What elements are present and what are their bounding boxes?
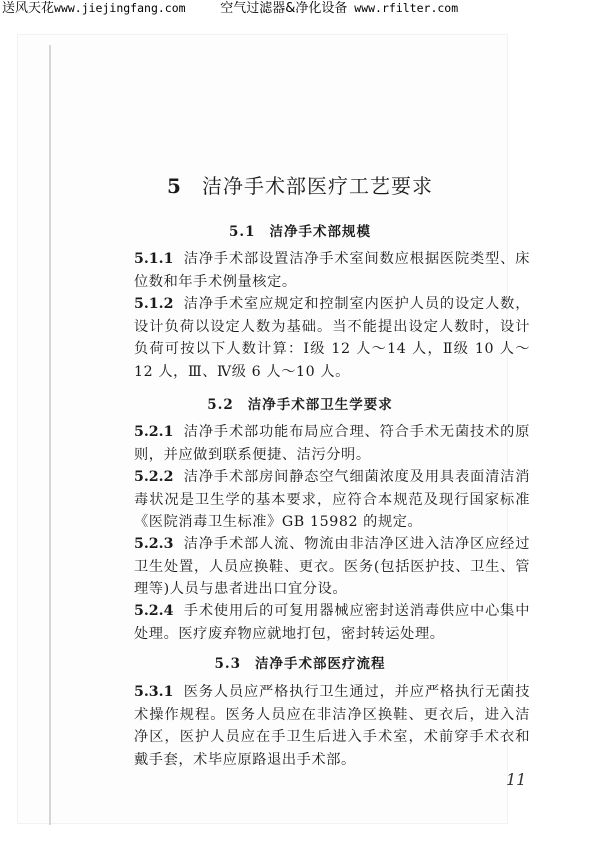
- section-title-text: 洁净手术部医疗流程: [255, 656, 386, 672]
- chapter-number: 5: [167, 174, 182, 198]
- clause-text: 手术使用后的可复用器械应密封送消毒供应中心集中处理。医疗废弃物应就地打包，密封转…: [134, 603, 530, 642]
- clause-number: 5.2.2: [134, 469, 174, 485]
- page-number: 11: [506, 770, 526, 789]
- clause-paragraph: 5.2.2洁净手术部房间静态空气细菌浓度及用具表面清洁消毒状况是卫生学的基本要求…: [134, 466, 530, 534]
- chapter-title-text: 洁净手术部医疗工艺要求: [202, 174, 433, 198]
- clause-text: 洁净手术部设置洁净手术室间数应根据医院类型、床位数和年手术例量核定。: [134, 251, 530, 290]
- clause-paragraph: 5.2.4手术使用后的可复用器械应密封送消毒供应中心集中处理。医疗废弃物应就地打…: [134, 600, 530, 645]
- watermark-right-text: 空气过滤器&净化设备: [220, 1, 347, 16]
- clause-number: 5.2.3: [134, 536, 174, 552]
- clause-paragraph: 5.2.3洁净手术部人流、物流由非洁净区进入洁净区应经过卫生处置，人员应换鞋、更…: [134, 533, 530, 601]
- clause-text: 洁净手术部人流、物流由非洁净区进入洁净区应经过卫生处置，人员应换鞋、更衣。医务(…: [134, 536, 530, 597]
- watermark-right-url[interactable]: www.rfilter.com: [354, 1, 458, 15]
- section-number: 5.1: [229, 224, 256, 240]
- chapter-title: 5洁净手术部医疗工艺要求: [0, 170, 600, 199]
- clause-text: 洁净手术部功能布局应合理、符合手术无菌技术的原则，并应做到联系便捷、洁污分明。: [134, 424, 530, 463]
- clause-number: 5.2.1: [134, 424, 174, 440]
- clause-text: 洁净手术部房间静态空气细菌浓度及用具表面清洁消毒状况是卫生学的基本要求，应符合本…: [134, 469, 530, 530]
- clause-paragraph: 5.2.1洁净手术部功能布局应合理、符合手术无菌技术的原则，并应做到联系便捷、洁…: [134, 421, 530, 466]
- clause-paragraph: 5.1.1洁净手术部设置洁净手术室间数应根据医院类型、床位数和年手术例量核定。: [134, 248, 530, 293]
- section-number: 5.2: [207, 397, 234, 413]
- clause-paragraph: 5.1.2洁净手术室应规定和控制室内医护人员的设定人数，设计负荷以设定人数为基础…: [134, 293, 530, 383]
- section-number: 5.3: [215, 656, 242, 672]
- watermark-left-url[interactable]: www.jiejingfang.com: [54, 1, 186, 15]
- section-title: 5.2洁净手术部卫生学要求: [0, 393, 600, 413]
- section-title: 5.3洁净手术部医疗流程: [0, 652, 600, 672]
- watermark-left-text: 送风天花: [2, 1, 54, 16]
- section-title-text: 洁净手术部规模: [270, 224, 372, 240]
- section-title-text: 洁净手术部卫生学要求: [248, 397, 393, 413]
- watermark-banner: 送风天花www.jiejingfang.com 空气过滤器&净化设备 www.r…: [2, 1, 458, 15]
- clause-number: 5.1.1: [134, 251, 174, 267]
- section-title: 5.1洁净手术部规模: [0, 220, 600, 240]
- clause-text: 洁净手术室应规定和控制室内医护人员的设定人数，设计负荷以设定人数为基础。当不能提…: [134, 296, 530, 380]
- clause-number: 5.3.1: [134, 684, 174, 700]
- page-binding-edge: [49, 45, 51, 825]
- clause-paragraph: 5.3.1医务人员应严格执行卫生通过，并应严格执行无菌技术操作规程。医务人员应在…: [134, 681, 530, 771]
- clause-number: 5.2.4: [134, 603, 174, 619]
- clause-number: 5.1.2: [134, 296, 174, 312]
- clause-text: 医务人员应严格执行卫生通过，并应严格执行无菌技术操作规程。医务人员应在非洁净区换…: [134, 684, 530, 768]
